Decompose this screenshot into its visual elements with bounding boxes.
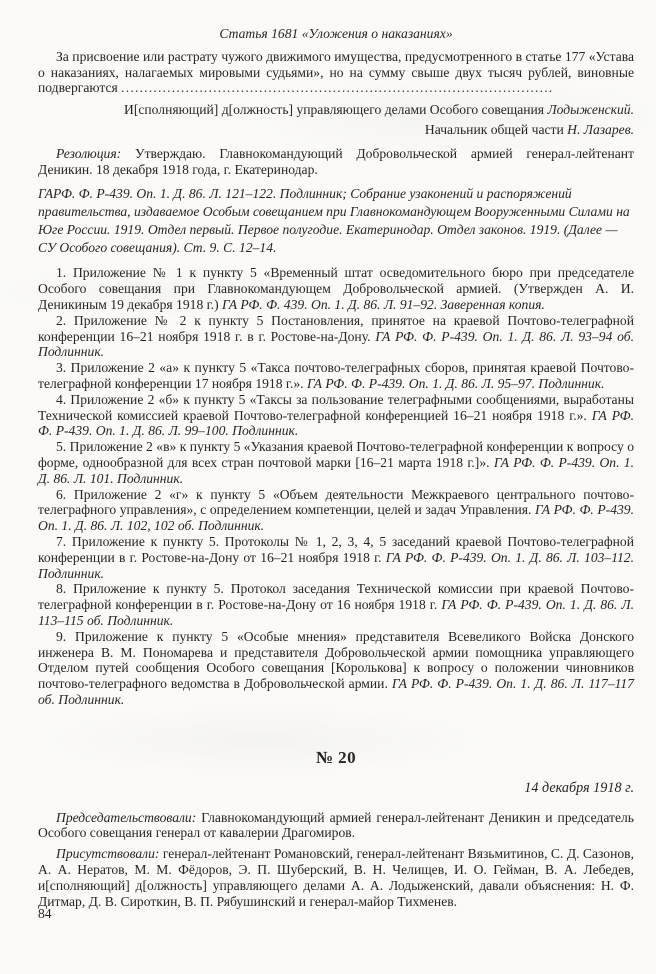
document-page: Статья 1681 «Уложения о наказаниях» За п…	[0, 0, 656, 974]
signature-manager-name: Лодыженский.	[547, 102, 634, 117]
appendix-item-4: 4. Приложение 2 «б» к пункту 5 «Таксы за…	[38, 392, 634, 439]
signature-manager-title: И[сполняющий] д[олжность] управляющего д…	[124, 102, 547, 117]
page-number: 84	[38, 906, 52, 922]
document-number-heading: № 20	[38, 750, 634, 766]
appendix-item-text: 4. Приложение 2 «б» к пункту 5 «Таксы за…	[38, 392, 634, 423]
appendix-list: 1. Приложение № 1 к пункту 5 «Временный …	[38, 265, 634, 707]
document-section-statute: Статья 1681 «Уложения о наказаниях» За п…	[38, 26, 634, 708]
appendix-item-7: 7. Приложение к пункту 5. Протоколы № 1,…	[38, 534, 634, 581]
appendix-item-1: 1. Приложение № 1 к пункту 5 «Временный …	[38, 265, 634, 312]
resolution-text: Утверждаю. Главнокомандующий Добровольче…	[38, 146, 634, 177]
article-body-paragraph: За присвоение или растрату чужого движим…	[38, 49, 634, 96]
attendees-paragraph: Присутствовали: генерал-лейтенант Романо…	[38, 846, 634, 909]
document-section-session-20: № 20 14 декабря 1918 г. Председательство…	[38, 750, 634, 909]
article-title: Статья 1681 «Уложения о наказаниях»	[38, 26, 634, 42]
appendix-item-2: 2. Приложение № 2 к пункту 5 Постановлен…	[38, 313, 634, 360]
resolution-label: Резолюция:	[56, 146, 121, 161]
appendix-item-ref: ГА РФ. Ф. 439. Оп. 1. Д. 86. Л. 91–92. З…	[222, 297, 545, 312]
appendix-item-6: 6. Приложение 2 «г» к пункту 5 «Объем де…	[38, 487, 634, 534]
signature-chief-title: Начальник общей части	[425, 122, 567, 137]
signature-line-manager: И[сполняющий] д[олжность] управляющего д…	[38, 102, 634, 118]
appendix-item-ref: ГА РФ. Ф. Р-439. Оп. 1. Д. 86. Л. 95–97.…	[307, 376, 605, 391]
appendix-item-8: 8. Приложение к пункту 5. Протокол засед…	[38, 581, 634, 628]
appendix-item-9: 9. Приложение к пункту 5 «Особые мнения»…	[38, 629, 634, 708]
attendees-label: Присутствовали:	[56, 846, 159, 861]
signature-chief-name: Н. Лазарев.	[567, 122, 634, 137]
chairs-paragraph: Председательствовали: Главнокомандующий …	[38, 810, 634, 842]
chairs-label: Председательствовали:	[56, 810, 196, 825]
dotted-leader: ........................................…	[121, 80, 553, 95]
appendix-item-3: 3. Приложение 2 «а» к пункту 5 «Такса по…	[38, 360, 634, 392]
resolution-paragraph: Резолюция: Утверждаю. Главнокомандующий …	[38, 146, 634, 178]
document-date: 14 декабря 1918 г.	[38, 781, 634, 797]
appendix-item-5: 5. Приложение 2 «в» к пункту 5 «Указания…	[38, 439, 634, 486]
signature-line-chief: Начальник общей части Н. Лазарев.	[38, 122, 634, 138]
archive-source-note: ГАРФ. Ф. Р-439. Оп. 1. Д. 86. Л. 121–122…	[38, 185, 634, 257]
